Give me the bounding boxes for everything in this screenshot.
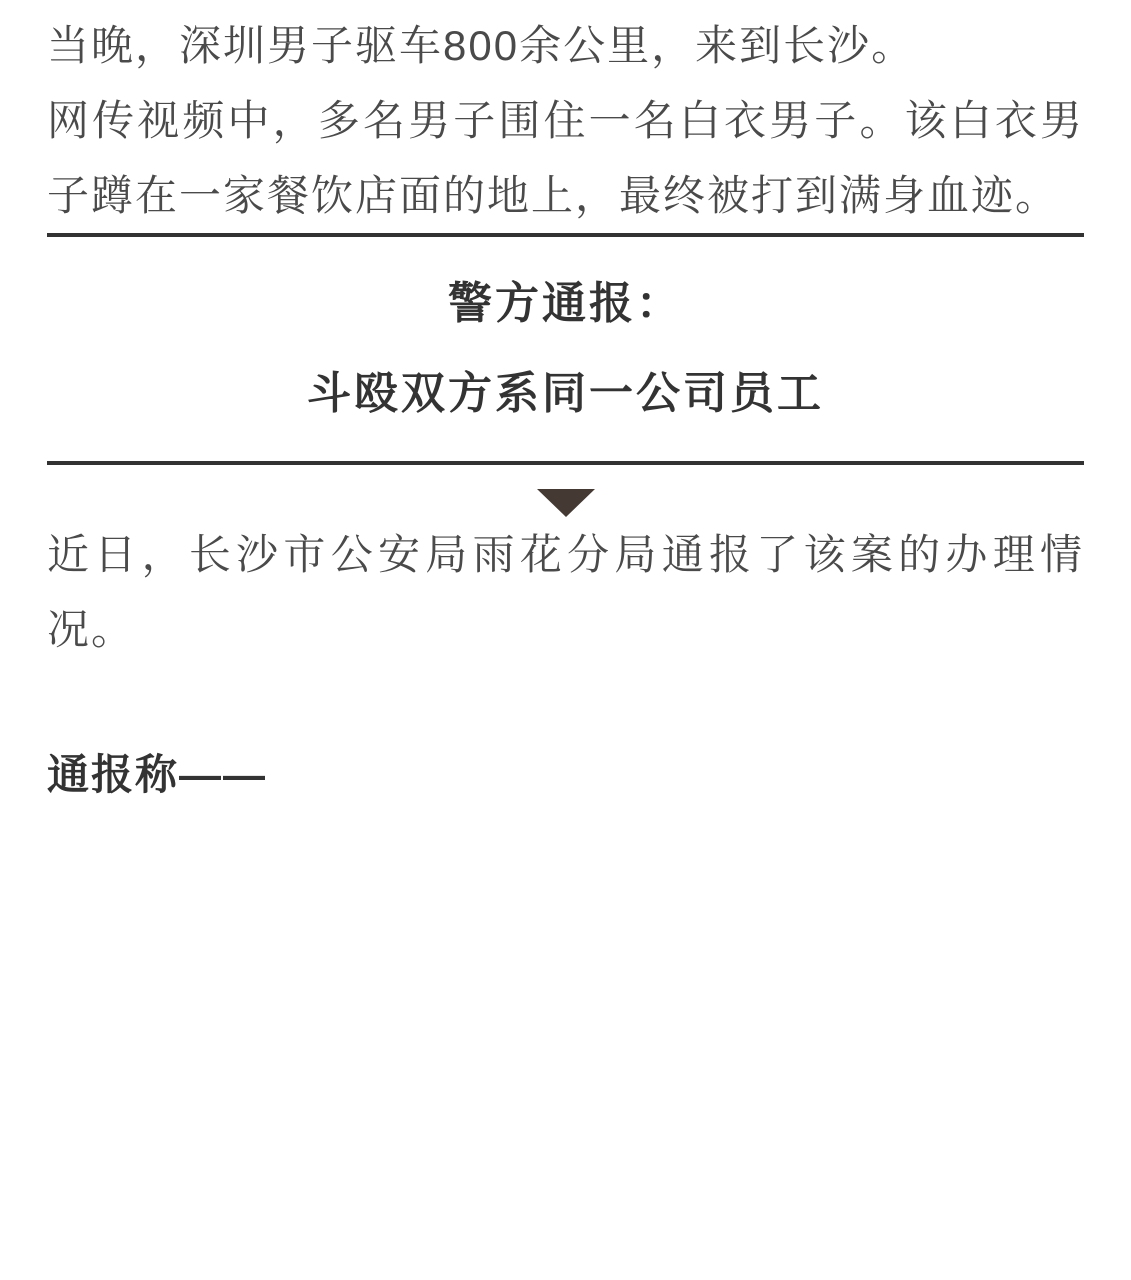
section-heading-line-1: 警方通报： <box>47 259 1084 349</box>
paragraph-police-report: 近日，长沙市公安局雨花分局通报了该案的办理情况。 <box>47 517 1084 667</box>
section-divider-bottom <box>47 461 1084 465</box>
paragraph-video-description: 网传视频中，多名男子围住一名白衣男子。该白衣男子蹲在一家餐饮店面的地上，最终被打… <box>47 83 1084 233</box>
section-heading: 警方通报： 斗殴双方系同一公司员工 <box>47 237 1084 461</box>
section-heading-line-2: 斗殴双方系同一公司员工 <box>47 349 1084 439</box>
report-lead-in: 通报称—— <box>47 737 1084 812</box>
triangle-down-icon <box>537 489 595 517</box>
paragraph-intro: 当晚，深圳男子驱车800余公里，来到长沙。 <box>47 8 1084 83</box>
article-page: 当晚，深圳男子驱车800余公里，来到长沙。 网传视频中，多名男子围住一名白衣男子… <box>0 0 1131 1280</box>
